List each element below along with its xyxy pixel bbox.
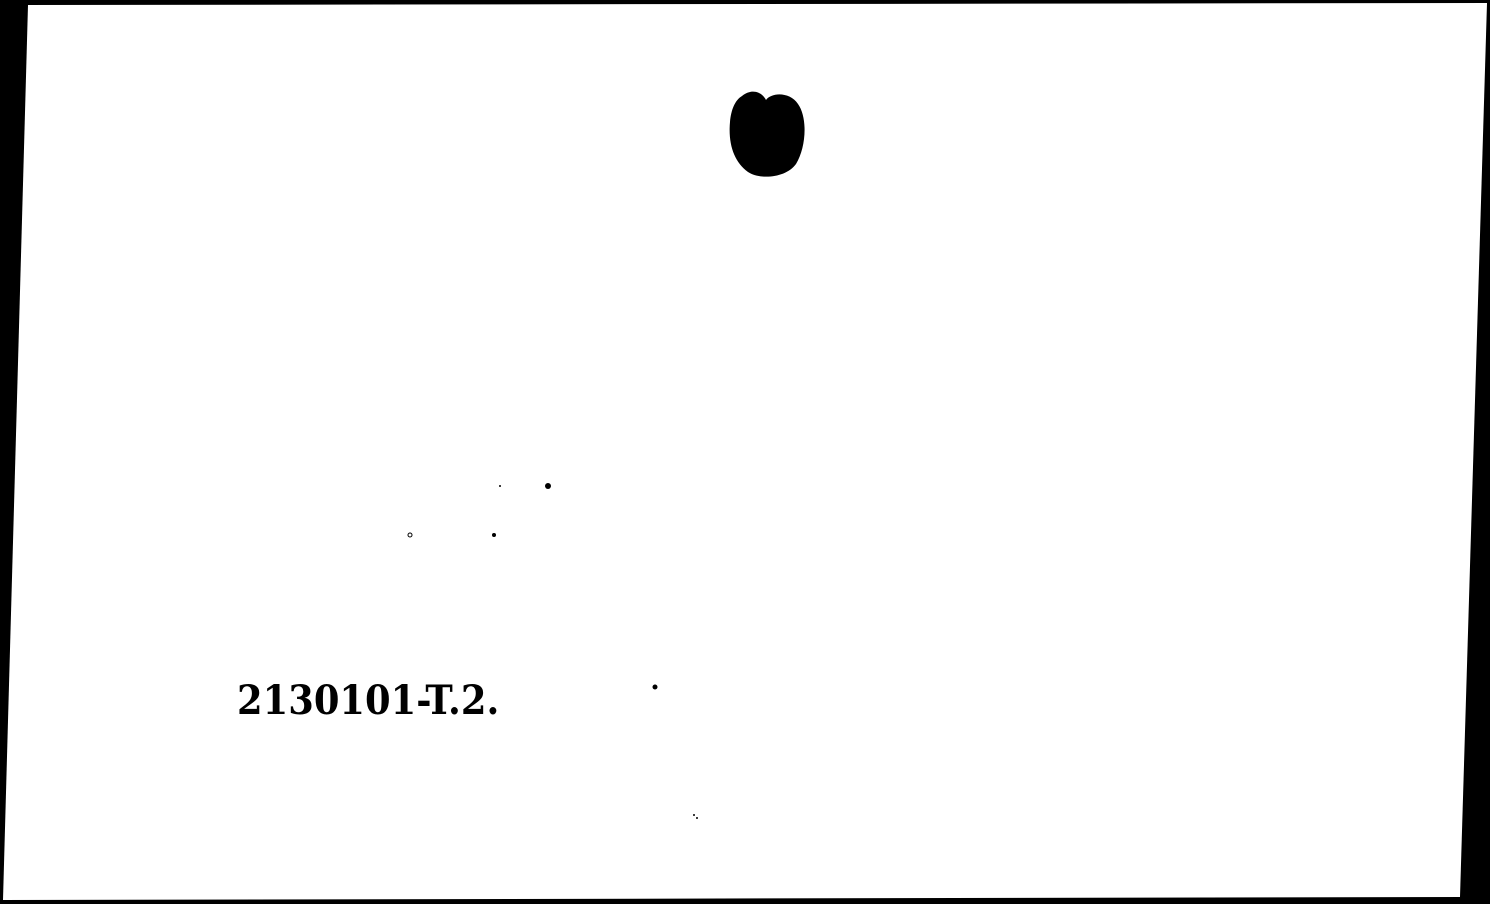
punch-hole-icon — [730, 92, 805, 177]
catalog-number: 2130101-T.2. — [237, 677, 499, 725]
index-card — [0, 0, 1490, 904]
scan-background: 2130101-T.2. — [0, 0, 1490, 904]
